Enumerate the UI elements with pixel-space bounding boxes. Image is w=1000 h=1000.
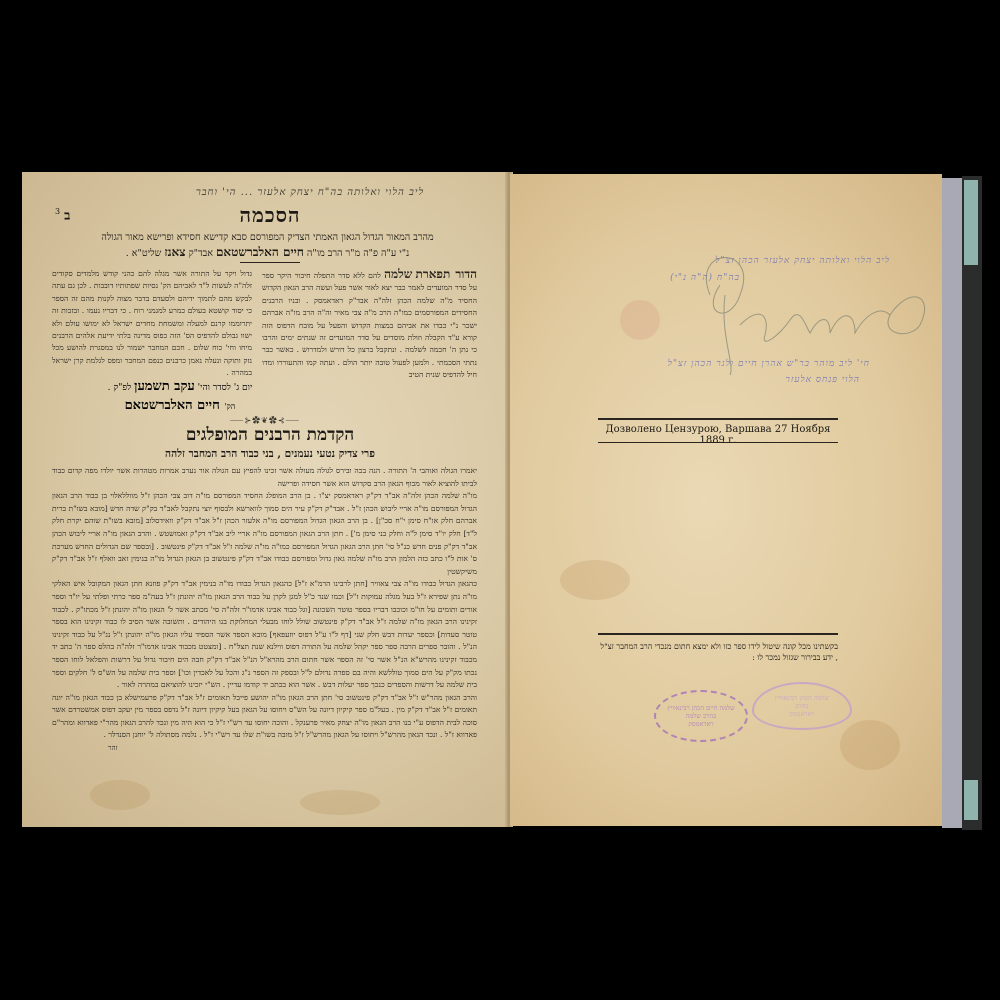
date-prefix: יום ג' לסדר והי' bbox=[198, 383, 253, 393]
body-paragraph: והרב הגאון מהר"ש ז"ל אב"ד דק"ק פינטשוב ס… bbox=[52, 692, 477, 742]
foxing-stain bbox=[620, 300, 660, 340]
warning-rule bbox=[598, 633, 838, 635]
book-cover-edge bbox=[962, 176, 982, 830]
handwritten-inscription: ליב הלוי ואלותה בה"ח יצחק אלעזר ... הי' … bbox=[140, 187, 480, 198]
subheading-mid: אבד"ק bbox=[189, 248, 213, 259]
catchword: זהר bbox=[108, 744, 117, 752]
foxing-stain bbox=[560, 560, 630, 600]
ownership-warning: בקשתינו מכל קונה שיטול לידו ספר כזו ולא … bbox=[598, 641, 838, 663]
stamp-line: ראדאמסק bbox=[688, 720, 713, 728]
subheading-suffix: שליט"א . bbox=[126, 248, 162, 259]
foxing-stain bbox=[840, 720, 900, 770]
column-lead-2: שלמה bbox=[384, 267, 412, 281]
foxing-stain bbox=[90, 780, 150, 810]
section-title: הקדמת הרבנים המופלגים bbox=[100, 425, 440, 445]
body-paragraph: מו"ה שלמה הכהן זלה"ה אב"ד דק"ק ראדאמסק י… bbox=[52, 490, 477, 578]
censor-top-rule bbox=[598, 418, 838, 420]
cover-cloth-bottom bbox=[964, 780, 978, 820]
column-text: גדול ויקר על התורה אשר מגלה להם כהני קוד… bbox=[52, 269, 252, 377]
foxing-stain bbox=[300, 790, 380, 815]
approbation-subheading: מהרב המאור הגדול הגאון האמתי הצדיק המפור… bbox=[55, 231, 480, 261]
subheading-prefix: נ"י ע"ה פ"ה מ"ר הרב מו"ה bbox=[307, 248, 409, 259]
stamp-line: בהרב שלמה bbox=[686, 712, 717, 720]
signature-name-text: חיים האלברשטאם bbox=[125, 398, 220, 413]
cover-cloth-top bbox=[964, 180, 978, 265]
ownership-stamp-oval: שלמה חיים הכהן רבינאוויץ בהרב שלמה ראדאמ… bbox=[654, 690, 748, 742]
subheading-name: חיים האלברשטאם bbox=[216, 245, 304, 259]
open-book-photo: ליב הלוי ואלותה בה"ח יצחק אלעזר ... הי' … bbox=[0, 0, 1000, 1000]
approbation-column-left: גדול ויקר על התורה אשר מגלה להם כהני קוד… bbox=[52, 268, 252, 380]
page-number: 3ב bbox=[55, 207, 70, 223]
stamp-line: שלמה חיים הכהן רבינאוויץ bbox=[667, 704, 735, 712]
page-number-hebrew: ב bbox=[64, 208, 70, 223]
divider-rule bbox=[240, 262, 300, 263]
signature-prefix: הק' bbox=[224, 402, 235, 411]
page-title: הסכמה bbox=[180, 203, 360, 228]
signature-name: הק' חיים האלברשטאם bbox=[80, 397, 280, 413]
approbation-column-right: הדור תפארת שלמה להם ללא סדר התפלה חיבור … bbox=[262, 268, 477, 382]
subheading-place: צאנז bbox=[164, 245, 185, 259]
signature-date: יום ג' לסדר והי' עקב תשמען לפ"ק . bbox=[80, 378, 280, 394]
body-paragraph: יאמרו הגולה ואוהבי ה' התורה . הנה בכה וב… bbox=[52, 465, 477, 490]
subheading-line1: מהרב המאור הגדול הגאון האמתי הצדיק המפור… bbox=[101, 232, 433, 243]
page-number-arabic: 3 bbox=[55, 207, 60, 216]
stamp-line: ראדאמסק bbox=[789, 710, 814, 718]
section-subtitle: פרי צדיק נטעי נעמנים , בני כבוד הרב המחב… bbox=[100, 448, 440, 460]
endpaper-edge bbox=[942, 178, 962, 828]
introduction-body: יאמרו הגולה ואוהבי ה' התורה . הנה בכה וב… bbox=[52, 465, 477, 742]
blue-handwriting-line: הלוי פנחס אלעזר bbox=[600, 374, 860, 385]
column-text: להם ללא סדר התפלה חיבור היקר ספר על סדר … bbox=[262, 271, 477, 379]
parsha-name: עקב תשמען bbox=[134, 379, 195, 394]
body-paragraph: כהגאון הגדול כבודו מו"ה צבי צאוויר [חתן … bbox=[52, 578, 477, 691]
column-lead: הדור תפארת bbox=[416, 267, 477, 281]
stamp-line: בהרב bbox=[795, 702, 808, 710]
year-suffix: לפ"ק . bbox=[108, 383, 132, 393]
censor-bottom-rule bbox=[598, 442, 838, 443]
stamp-line: שלמה הכהן רבינאוויץ bbox=[775, 694, 829, 702]
pencil-signature-icon bbox=[680, 255, 940, 375]
